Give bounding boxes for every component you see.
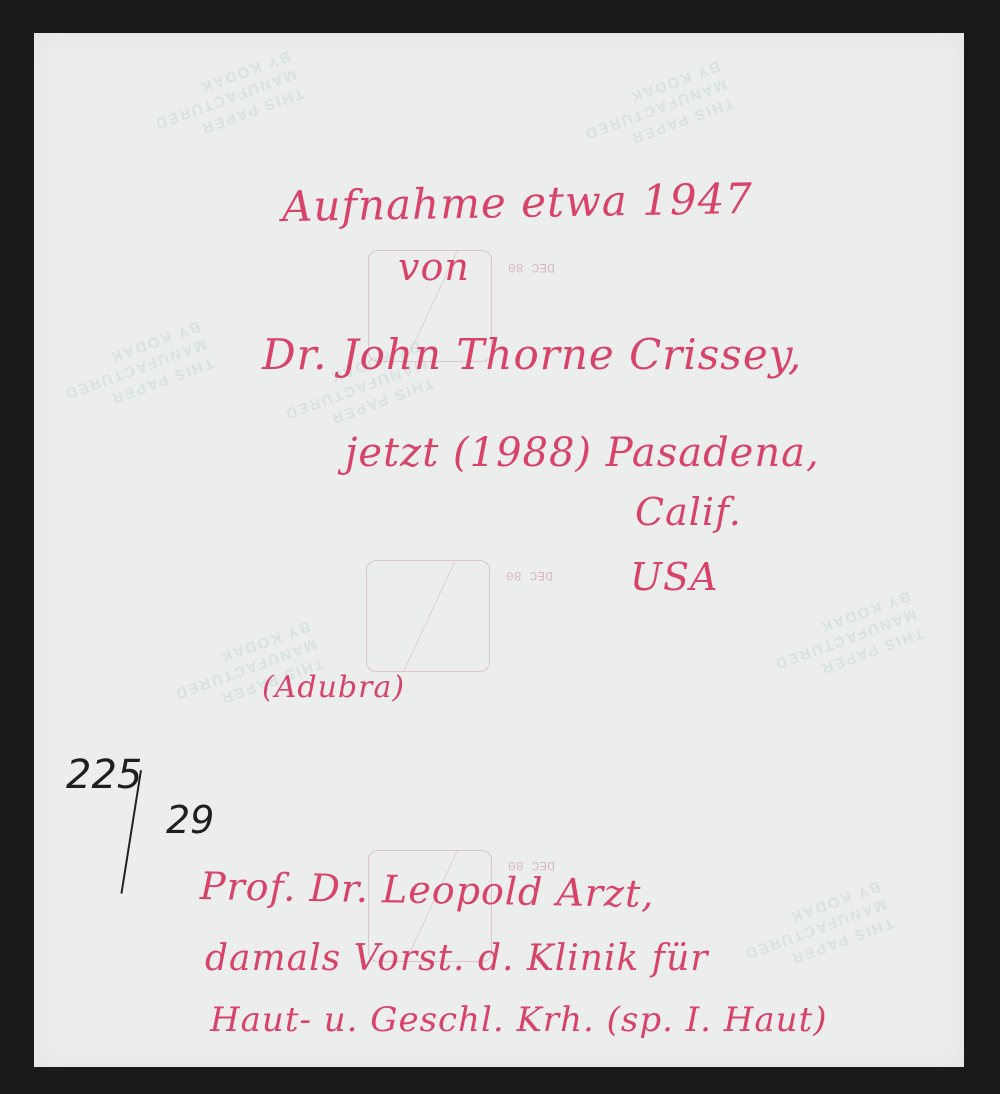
inscription-line-position: damals Vorst. d. Klinik für: [205, 938, 708, 979]
inscription-line-location: jetzt (1988) Pasadena,: [345, 430, 820, 476]
inscription-line-clinic: Haut- u. Geschl. Krh. (sp. I. Haut): [210, 1000, 828, 1040]
archive-number-denominator: 29: [166, 798, 214, 842]
inscription-line-state: Calif.: [635, 490, 742, 534]
inscription-line-country: USA: [630, 555, 719, 599]
inscription-line-date: Aufnahme etwa 1947: [282, 174, 754, 231]
inscription-line-von: von: [398, 245, 470, 289]
stamp-date: DEC 80: [508, 260, 555, 275]
inscription-line-note: (Adubra): [262, 670, 405, 705]
inscription-line-photographer: Dr. John Thorne Crissey,: [262, 330, 802, 379]
stamp-date: DEC 80: [506, 568, 553, 583]
kodak-stamp-icon: [366, 560, 490, 672]
inscription-line-subject: Prof. Dr. Leopold Arzt,: [200, 864, 655, 916]
archive-number-numerator: 225: [66, 752, 142, 798]
